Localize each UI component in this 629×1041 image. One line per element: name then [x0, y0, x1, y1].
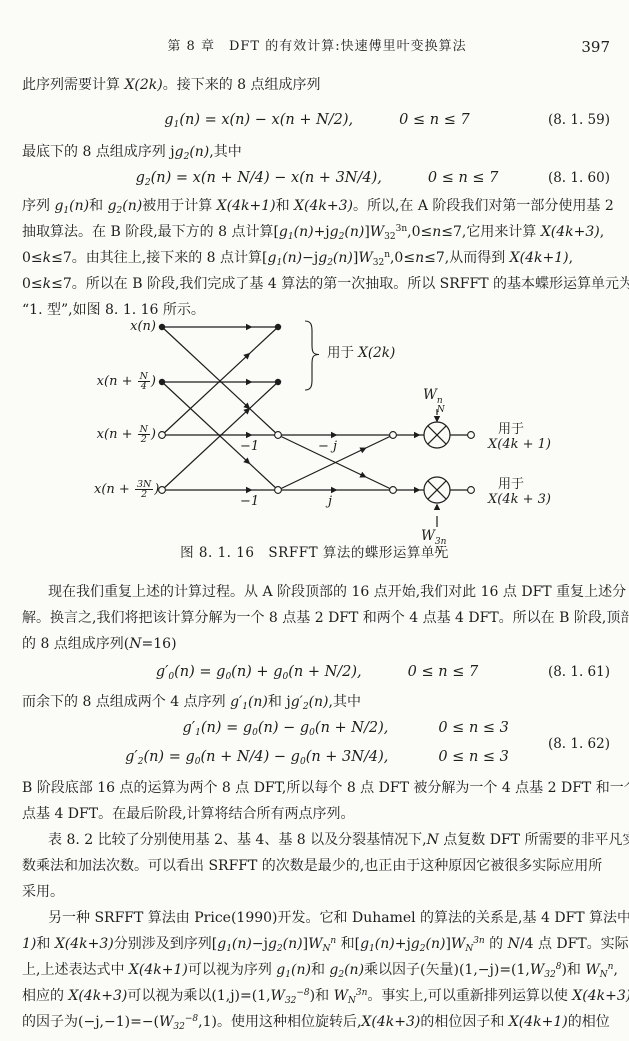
input-label-x-n: x(n) — [94, 318, 156, 336]
equation-condition: 0 ≤ n ≤ 7 — [428, 170, 499, 186]
equation-condition: 0 ≤ n ≤ 7 — [399, 112, 470, 128]
chapter-title: 第 8 章 DFT 的有效计算:快速傅里叶变换算法 — [167, 39, 466, 54]
paragraph: 现在我们重复上述的计算过程。从 A 阶段顶部的 16 点开始,我们对此 16 点… — [22, 579, 612, 657]
paragraph: 序列 g1(n)和 g2(n)被用于计算 X(4k+1)和 X(4k+3)。所以… — [22, 193, 612, 323]
book-page: 第 8 章 DFT 的有效计算:快速傅里叶变换算法 397 此序列需要计算 X(… — [0, 0, 629, 1041]
page-number: 397 — [581, 34, 610, 60]
equation-condition: 0 ≤ n ≤ 3 — [438, 746, 509, 768]
equation-body: g1(n) = x(n) − x(n + N/2), — [164, 112, 353, 128]
input-label-x-n-N4: x(n + N4) — [94, 372, 156, 391]
body-text-line: 数乘法和加法次数。可以看出 SRFFT 的次数是最少的,也正由于这种原因它被很多… — [22, 853, 612, 879]
gain-label-minus1-upper: −1 — [240, 440, 259, 454]
body-text-line: 相应的 X(4k+3)可以视为乘以(1,j)=(1,W32−8)和 WN3n。事… — [22, 983, 612, 1009]
body-text-line: 抽取算法。在 B 阶段,最下方的 8 点计算[g1(n)+jg2(n)]W323… — [22, 219, 612, 245]
equation-body: g′0(n) = g0(n) + g0(n + N/2), — [156, 664, 362, 680]
twiddle-factor-wn-n: WnN — [423, 387, 445, 414]
paragraph: 表 8. 2 比较了分别使用基 2、基 4、基 8 以及分裂基情况下,N 点复数… — [22, 827, 612, 905]
input-label-x-n-3N2: x(n + 3N2) — [94, 480, 156, 499]
figure-caption: 图 8. 1. 16 SRFFT 算法的蝶形运算单元 — [0, 541, 629, 561]
equation-number: (8. 1. 59) — [548, 107, 610, 133]
body-text-line: 1)和 X(4k+3)分别涉及到序列[g1(n)−jg2(n)]WNn 和[g1… — [22, 931, 612, 957]
paragraph: 另一种 SRFFT 算法由 Price(1990)开发。它和 Duhamel 的… — [22, 905, 612, 1035]
equation-number: (8. 1. 61) — [548, 659, 610, 685]
body-text-line: 另一种 SRFFT 算法由 Price(1990)开发。它和 Duhamel 的… — [22, 905, 612, 931]
brace — [305, 321, 319, 390]
equation-body: g′2(n) = g0(n + N/4) − g0(n + 3N/4), — [125, 746, 388, 768]
equation-8-1-61: g′0(n) = g0(n) + g0(n + N/2),0 ≤ n ≤ 7 (… — [22, 659, 612, 685]
gain-label-j: j — [328, 495, 332, 509]
output-annotation-x4k3: 用于 X(4k + 3) — [488, 478, 551, 507]
gain-label-minus-j: − j — [318, 440, 337, 454]
body-text-line: 上,上述表达式中 X(4k+1)可以视为序列 g1(n)和 g2(n)乘以因子(… — [22, 957, 612, 983]
input-label-x-n-N2: x(n + N2) — [94, 425, 156, 444]
body-text-line: 采用。 — [22, 879, 612, 905]
page-header: 第 8 章 DFT 的有效计算:快速傅里叶变换算法 397 — [22, 34, 612, 60]
body-text-line: 0≤k≤7。所以在 B 阶段,我们完成了基 4 算法的第一次抽取。所以 SRFF… — [22, 271, 612, 297]
body-text-line: 而余下的 8 点组成两个 4 点序列 g′1(n)和 jg′2(n),其中 — [22, 689, 612, 715]
body-text-line: 的因子为(−j,−1)=−(W32−8,1)。使用这种相位旋转后,X(4k+3)… — [22, 1009, 612, 1035]
equation-body: g′1(n) = g0(n) − g0(n + N/2), — [183, 717, 389, 739]
body-text-line: B 阶段底部 16 点的运算为两个 8 点 DFT,所以每个 8 点 DFT 被… — [22, 775, 612, 801]
output-annotation-x4k1: 用于 X(4k + 1) — [488, 423, 551, 452]
body-text-line: 0≤k≤7。由其往上,接下来的 8 点计算[g1(n)−jg2(n)]W32n,… — [22, 245, 612, 271]
gain-label-minus1-lower: −1 — [240, 495, 259, 509]
figure-8-1-16: x(n) x(n + N4) x(n + N2) x(n + 3N2) −1 −… — [0, 323, 629, 575]
equation-condition: 0 ≤ n ≤ 3 — [438, 717, 509, 739]
equation-body: g2(n) = x(n + N/4) − x(n + 3N/4), — [136, 170, 382, 186]
body-text-line: 现在我们重复上述的计算过程。从 A 阶段顶部的 16 点开始,我们对此 16 点… — [22, 579, 612, 605]
paragraph: B 阶段底部 16 点的运算为两个 8 点 DFT,所以每个 8 点 DFT 被… — [22, 775, 612, 827]
body-text-line: 的 8 点组成序列(N=16) — [22, 631, 612, 657]
equation-number: (8. 1. 60) — [548, 165, 610, 191]
equation-condition: 0 ≤ n ≤ 7 — [408, 664, 479, 680]
equation-number: (8. 1. 62) — [548, 736, 610, 752]
body-text-line: 解。换言之,我们将把该计算分解为一个 8 点基 2 DFT 和两个 4 点基 4… — [22, 605, 612, 631]
body-text-line: 点基 4 DFT。在最后阶段,计算将结合所有两点序列。 — [22, 801, 612, 827]
body-text-line: 最底下的 8 点组成序列 jg2(n),其中 — [22, 139, 612, 165]
body-text-line: 序列 g1(n)和 g2(n)被用于计算 X(4k+1)和 X(4k+3)。所以… — [22, 193, 612, 219]
x2k-annotation: 用于 X(2k) — [327, 345, 395, 361]
equation-8-1-62: g′1(n) = g0(n) − g0(n + N/2),0 ≤ n ≤ 3 g… — [22, 715, 612, 773]
equation-8-1-60: g2(n) = x(n + N/4) − x(n + 3N/4),0 ≤ n ≤… — [22, 165, 612, 191]
signal-flow-lines — [162, 321, 468, 527]
body-text-line: 此序列需要计算 X(2k)。接下来的 8 点组成序列 — [22, 72, 612, 98]
equation-8-1-59: g1(n) = x(n) − x(n + N/2),0 ≤ n ≤ 7 (8. … — [22, 107, 612, 133]
multiplier-icon — [424, 422, 450, 503]
body-text-line: 表 8. 2 比较了分别使用基 2、基 4、基 8 以及分裂基情况下,N 点复数… — [22, 827, 612, 853]
